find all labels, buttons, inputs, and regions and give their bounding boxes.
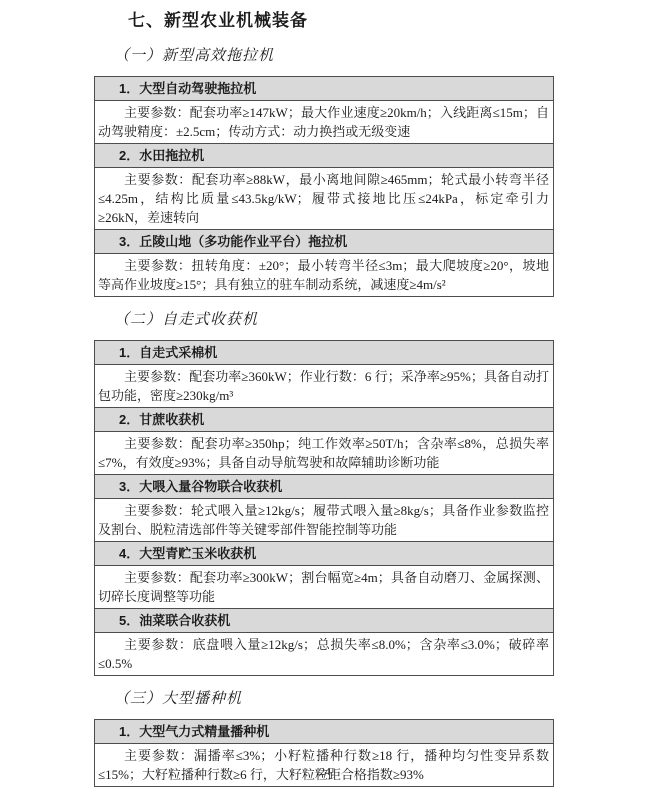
table-row: 1．大型气力式精量播种机 — [95, 720, 554, 744]
table-row: 1．自走式采棉机 — [95, 341, 554, 365]
spec-table: 1．自走式采棉机 主要参数：配套功率≥360kW；作业行数：6 行；采净率≥95… — [94, 340, 554, 676]
table-row: 主要参数：配套功率≥360kW；作业行数：6 行；采净率≥95%；具备自动打包功… — [95, 365, 554, 408]
item-name: 4．大型青贮玉米收获机 — [95, 542, 554, 566]
table-row: 主要参数：配套功率≥88kW，最小离地间隙≥465mm；轮式最小转弯半径≤4.2… — [95, 168, 554, 230]
table-row: 2．水田拖拉机 — [95, 144, 554, 168]
section-heading: （三）大型播种机 — [114, 690, 554, 709]
section-heading: （二）自走式收获机 — [114, 311, 554, 330]
item-params: 主要参数：底盘喂入量≥12kg/s；总损失率≤8.0%；含杂率≤3.0%；破碎率… — [95, 633, 554, 676]
item-params: 主要参数：轮式喂入量≥12kg/s；履带式喂入量≥8kg/s；具备作业参数监控及… — [95, 499, 554, 542]
table-row: 3．丘陵山地（多功能作业平台）拖拉机 — [95, 230, 554, 254]
item-name: 2．甘蔗收获机 — [95, 408, 554, 432]
item-params: 主要参数：配套功率≥350hp；纯工作效率≥50T/h；含杂率≤8%，总损失率≤… — [95, 432, 554, 475]
item-name: 3．丘陵山地（多功能作业平台）拖拉机 — [95, 230, 554, 254]
table-row: 主要参数：底盘喂入量≥12kg/s；总损失率≤8.0%；含杂率≤3.0%；破碎率… — [95, 633, 554, 676]
item-params: 主要参数：漏播率≤3%；小籽粒播种行数≥18 行，播种均匀性变异系数≤15%；大… — [95, 744, 554, 787]
table-row: 主要参数：扭转角度：±20°；最小转弯半径≤3m；最大爬坡度≥20°，坡地等高作… — [95, 254, 554, 297]
table-row: 主要参数：配套功率≥147kW；最大作业速度≥20km/h；入线距离≤15m；自… — [95, 101, 554, 144]
table-row: 主要参数：配套功率≥300kW；割台幅宽≥4m；具备自动磨刀、金属探测、切碎长度… — [95, 566, 554, 609]
item-params: 主要参数：扭转角度：±20°；最小转弯半径≤3m；最大爬坡度≥20°，坡地等高作… — [95, 254, 554, 297]
item-name: 5．油菜联合收获机 — [95, 609, 554, 633]
item-name: 1．自走式采棉机 — [95, 341, 554, 365]
item-params: 主要参数：配套功率≥300kW；割台幅宽≥4m；具备自动磨刀、金属探测、切碎长度… — [95, 566, 554, 609]
table-row: 5．油菜联合收获机 — [95, 609, 554, 633]
section-self-propelled-harvesters: （二）自走式收获机 1．自走式采棉机 主要参数：配套功率≥360kW；作业行数：… — [94, 311, 554, 676]
page-title: 七、新型农业机械装备 — [128, 10, 554, 32]
item-params: 主要参数：配套功率≥88kW，最小离地间隙≥465mm；轮式最小转弯半径≤4.2… — [95, 168, 554, 230]
item-name: 3．大喂入量谷物联合收获机 — [95, 475, 554, 499]
item-params: 主要参数：配套功率≥147kW；最大作业速度≥20km/h；入线距离≤15m；自… — [95, 101, 554, 144]
document-page: 七、新型农业机械装备 （一）新型高效拖拉机 1．大型自动驾驶拖拉机 主要参数：配… — [0, 0, 650, 787]
item-name: 1．大型自动驾驶拖拉机 — [95, 77, 554, 101]
table-row: 4．大型青贮玉米收获机 — [95, 542, 554, 566]
section-heading: （一）新型高效拖拉机 — [114, 47, 554, 66]
table-row: 主要参数：配套功率≥350hp；纯工作效率≥50T/h；含杂率≤8%，总损失率≤… — [95, 432, 554, 475]
table-row: 主要参数：轮式喂入量≥12kg/s；履带式喂入量≥8kg/s；具备作业参数监控及… — [95, 499, 554, 542]
section-new-tractors: （一）新型高效拖拉机 1．大型自动驾驶拖拉机 主要参数：配套功率≥147kW；最… — [94, 47, 554, 297]
page-number: 24 — [0, 766, 650, 778]
spec-table: 1．大型自动驾驶拖拉机 主要参数：配套功率≥147kW；最大作业速度≥20km/… — [94, 76, 554, 297]
item-name: 1．大型气力式精量播种机 — [95, 720, 554, 744]
table-row: 主要参数：漏播率≤3%；小籽粒播种行数≥18 行，播种均匀性变异系数≤15%；大… — [95, 744, 554, 787]
item-params: 主要参数：配套功率≥360kW；作业行数：6 行；采净率≥95%；具备自动打包功… — [95, 365, 554, 408]
table-row: 1．大型自动驾驶拖拉机 — [95, 77, 554, 101]
table-row: 2．甘蔗收获机 — [95, 408, 554, 432]
item-name: 2．水田拖拉机 — [95, 144, 554, 168]
table-row: 3．大喂入量谷物联合收获机 — [95, 475, 554, 499]
